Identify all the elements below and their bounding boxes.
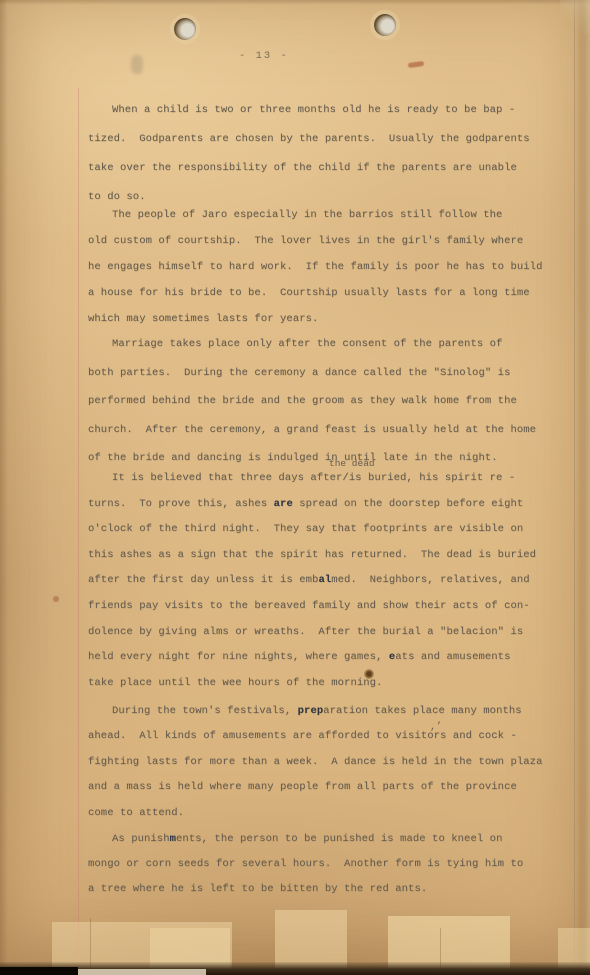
- paragraph-marriage: Marriage takes place only after the cons…: [88, 330, 536, 473]
- line-text: spread on the doorstep before eight: [293, 498, 523, 510]
- typewritten-line: It is believed that three days after/is …: [88, 466, 536, 492]
- typewritten-line: take over the responsibility of the chil…: [88, 154, 530, 183]
- typewritten-line: turns. To prove this, ashes are spread o…: [88, 492, 536, 518]
- line-text: ents, the person to be punished is made …: [176, 833, 502, 845]
- line-text: ats and amusements: [395, 651, 510, 663]
- punch-hole-right: [374, 14, 396, 36]
- typewritten-line: When a child is two or three months old …: [88, 96, 530, 125]
- overstruck-correction: are: [274, 498, 293, 510]
- line-text: after the first day unless it is emb: [88, 574, 318, 586]
- typewritten-line: Marriage takes place only after the cons…: [88, 330, 536, 359]
- typewritten-line: church. After the ceremony, a grand feas…: [88, 416, 536, 445]
- scan-edge-dark: [0, 967, 78, 975]
- typewritten-line: and a mass is held where many people fro…: [88, 775, 542, 800]
- typewritten-line: held every night for nine nights, where …: [88, 645, 536, 671]
- typewritten-line: after the first day unless it is embalme…: [88, 568, 536, 594]
- paragraph-baptism: When a child is two or three months old …: [88, 96, 530, 212]
- ruled-margin-line: [78, 88, 79, 961]
- paragraph-burial: It is believed that three days after/is …: [88, 466, 536, 696]
- scan-edge-gap: [78, 969, 206, 975]
- overstruck-correction: al: [318, 574, 331, 586]
- typewritten-line: this ashes as a sign that the spirit has…: [88, 543, 536, 569]
- repair-patch: [275, 910, 347, 968]
- crease-hairline: [90, 918, 91, 968]
- red-stain: [408, 61, 425, 68]
- typewritten-line: old custom of courtship. The lover lives…: [88, 228, 542, 254]
- overstruck-correction: prep: [298, 705, 324, 717]
- page-top-edge: [0, 0, 590, 5]
- typewritten-line: dolence by giving alms or wreaths. After…: [88, 620, 536, 646]
- paragraph-courtship: The people of Jaro especially in the bar…: [88, 202, 542, 332]
- paragraph-punishments: As punishments, the person to be punishe…: [88, 827, 523, 902]
- typewritten-line: which may sometimes lasts for years.: [88, 306, 542, 332]
- page-number: - 13 -: [239, 50, 289, 62]
- typewritten-line: come to attend.: [88, 801, 542, 826]
- typewritten-line: friends pay visits to the bereaved famil…: [88, 594, 536, 620]
- typewritten-line: performed behind the bride and the groom…: [88, 387, 536, 416]
- paragraph-festivals: During the town's festivals, preparation…: [88, 699, 542, 826]
- typewritten-line: fighting lasts for more than a week. A d…: [88, 750, 542, 775]
- typewritten-line: a tree where he is left to be bitten by …: [88, 877, 523, 902]
- page-left-edge: [0, 0, 8, 975]
- line-text: held every night for nine nights, where …: [88, 651, 389, 663]
- typewritten-line: As punishments, the person to be punishe…: [88, 827, 523, 852]
- typed-insertion-above-line: the dead: [329, 458, 375, 469]
- typewritten-line: take place until the wee hours of the mo…: [88, 671, 536, 697]
- typed-correction-mark: ,’: [430, 722, 442, 733]
- typewritten-line: o'clock of the third night. They say tha…: [88, 517, 536, 543]
- typewritten-line: a house for his bride to be. Courtship u…: [88, 280, 542, 306]
- ink-smudge: [131, 55, 143, 74]
- line-text: med. Neighbors, relatives, and: [331, 574, 529, 586]
- line-text: As punish: [112, 833, 170, 845]
- line-text: turns. To prove this, ashes: [88, 498, 274, 510]
- line-text: During the town's festivals,: [112, 705, 298, 717]
- line-text: aration takes place many months: [323, 705, 521, 717]
- typewritten-line: tized. Godparents are chosen by the pare…: [88, 125, 530, 154]
- repair-patch: [388, 916, 510, 968]
- typewritten-line: mongo or corn seeds for several hours. A…: [88, 852, 523, 877]
- typewritten-line: ahead. All kinds of amusements are affor…: [88, 724, 542, 749]
- manuscript-page: - 13 - When a child is two or three mont…: [0, 0, 590, 975]
- typewritten-line: The people of Jaro especially in the bar…: [88, 202, 542, 228]
- small-stain-spot: [53, 596, 59, 602]
- typewritten-line: During the town's festivals, preparation…: [88, 699, 542, 724]
- punch-hole-left: [174, 18, 196, 40]
- typewritten-line: he engages himself to hard work. If the …: [88, 254, 542, 280]
- typewritten-line: both parties. During the ceremony a danc…: [88, 359, 536, 388]
- page-corner-highlight: [560, 0, 590, 34]
- page-right-edge: [574, 0, 590, 975]
